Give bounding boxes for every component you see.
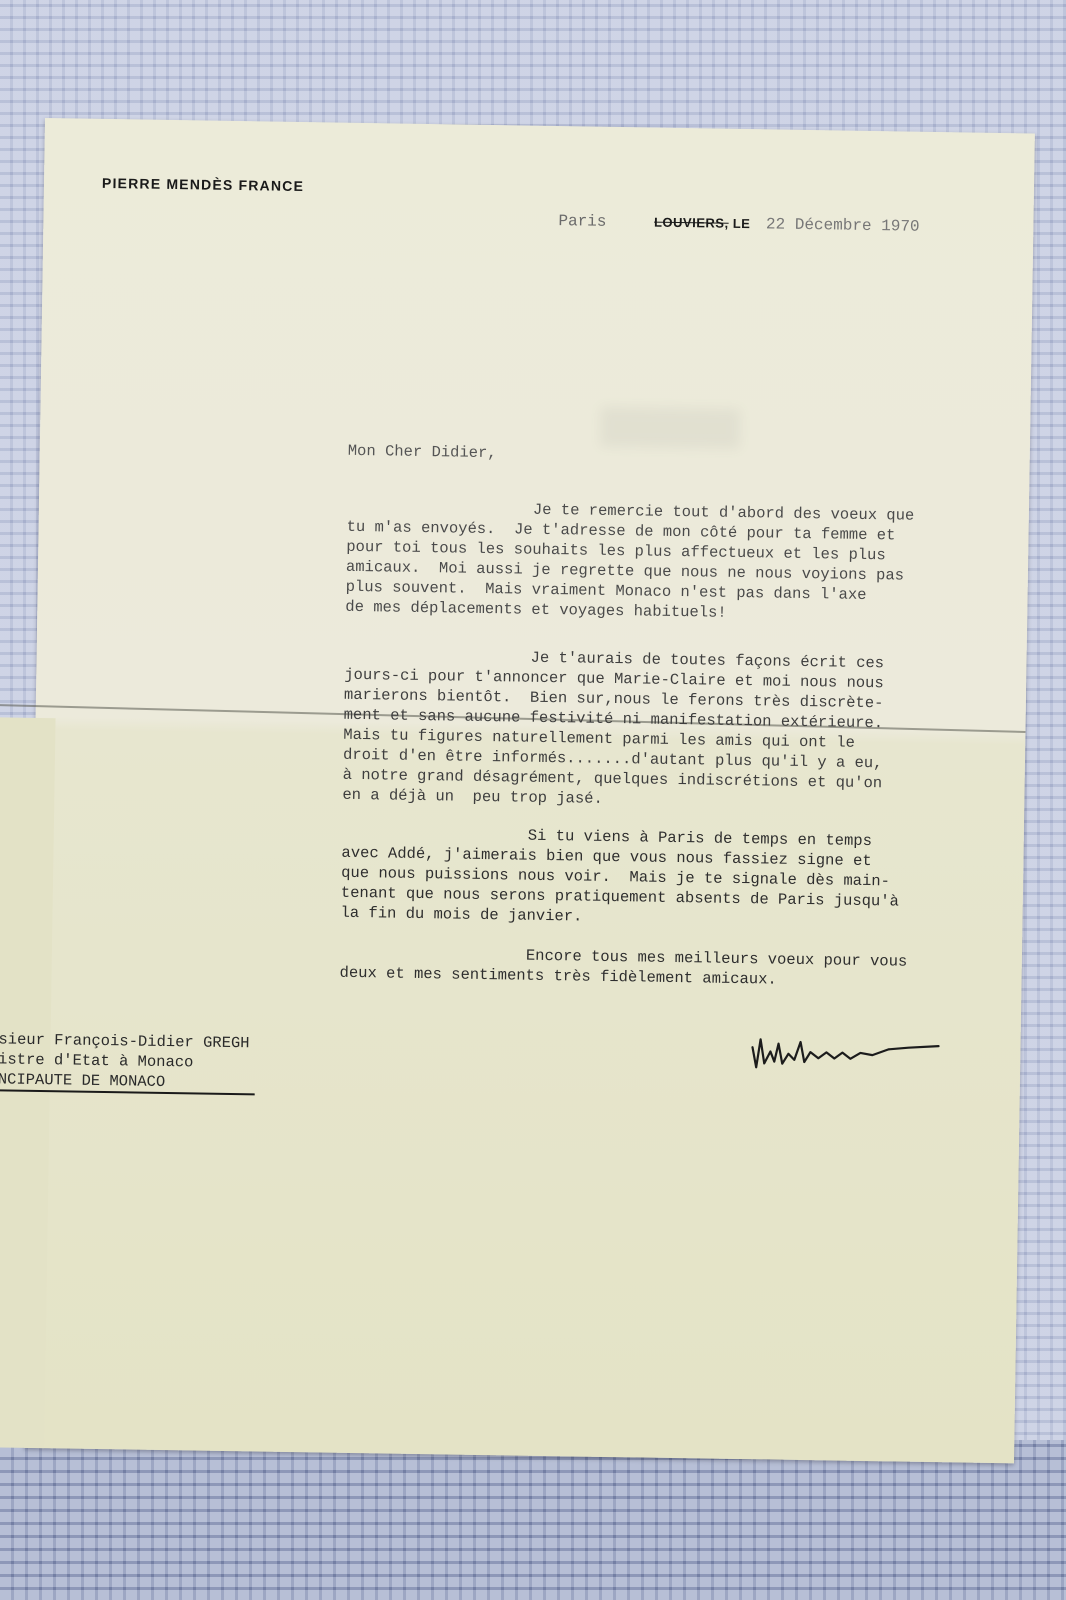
printed-le: LE	[733, 216, 751, 231]
recipient-address: Monsieur François-Didier GREGH Ministre …	[0, 1029, 256, 1095]
paragraph-2: Je t'aurais de toutes façons écrit ces j…	[342, 645, 884, 813]
printed-place: LOUVIERS, LE	[654, 215, 751, 232]
recipient-title: Ministre d'Etat à Monaco	[0, 1050, 194, 1072]
letter-date: 22 Décembre 1970	[766, 215, 920, 235]
paragraph-3: Si tu viens à Paris de temps en temps av…	[340, 823, 900, 932]
paragraph-4: Encore tous mes meilleurs voeux pour vou…	[339, 943, 907, 992]
background-cloth	[0, 1440, 1066, 1600]
letter-paper: PIERRE MENDÈS FRANCE Paris LOUVIERS, LE …	[24, 118, 1035, 1463]
dateline: Paris LOUVIERS, LE 22 Décembre 1970	[558, 212, 919, 236]
letterhead-name: PIERRE MENDÈS FRANCE	[102, 175, 304, 194]
show-through-mark	[600, 407, 741, 449]
salutation: Mon Cher Didier,	[348, 441, 497, 463]
recipient-country: PRINCIPAUTE DE MONACO	[0, 1069, 255, 1095]
struck-printed-place: LOUVIERS,	[654, 215, 729, 231]
typed-place: Paris	[558, 212, 606, 231]
recipient-name: Monsieur François-Didier GREGH	[0, 1030, 250, 1052]
paragraph-1: Je te remercie tout d'abord des voeux qu…	[345, 497, 914, 626]
signature-icon	[748, 1027, 959, 1080]
